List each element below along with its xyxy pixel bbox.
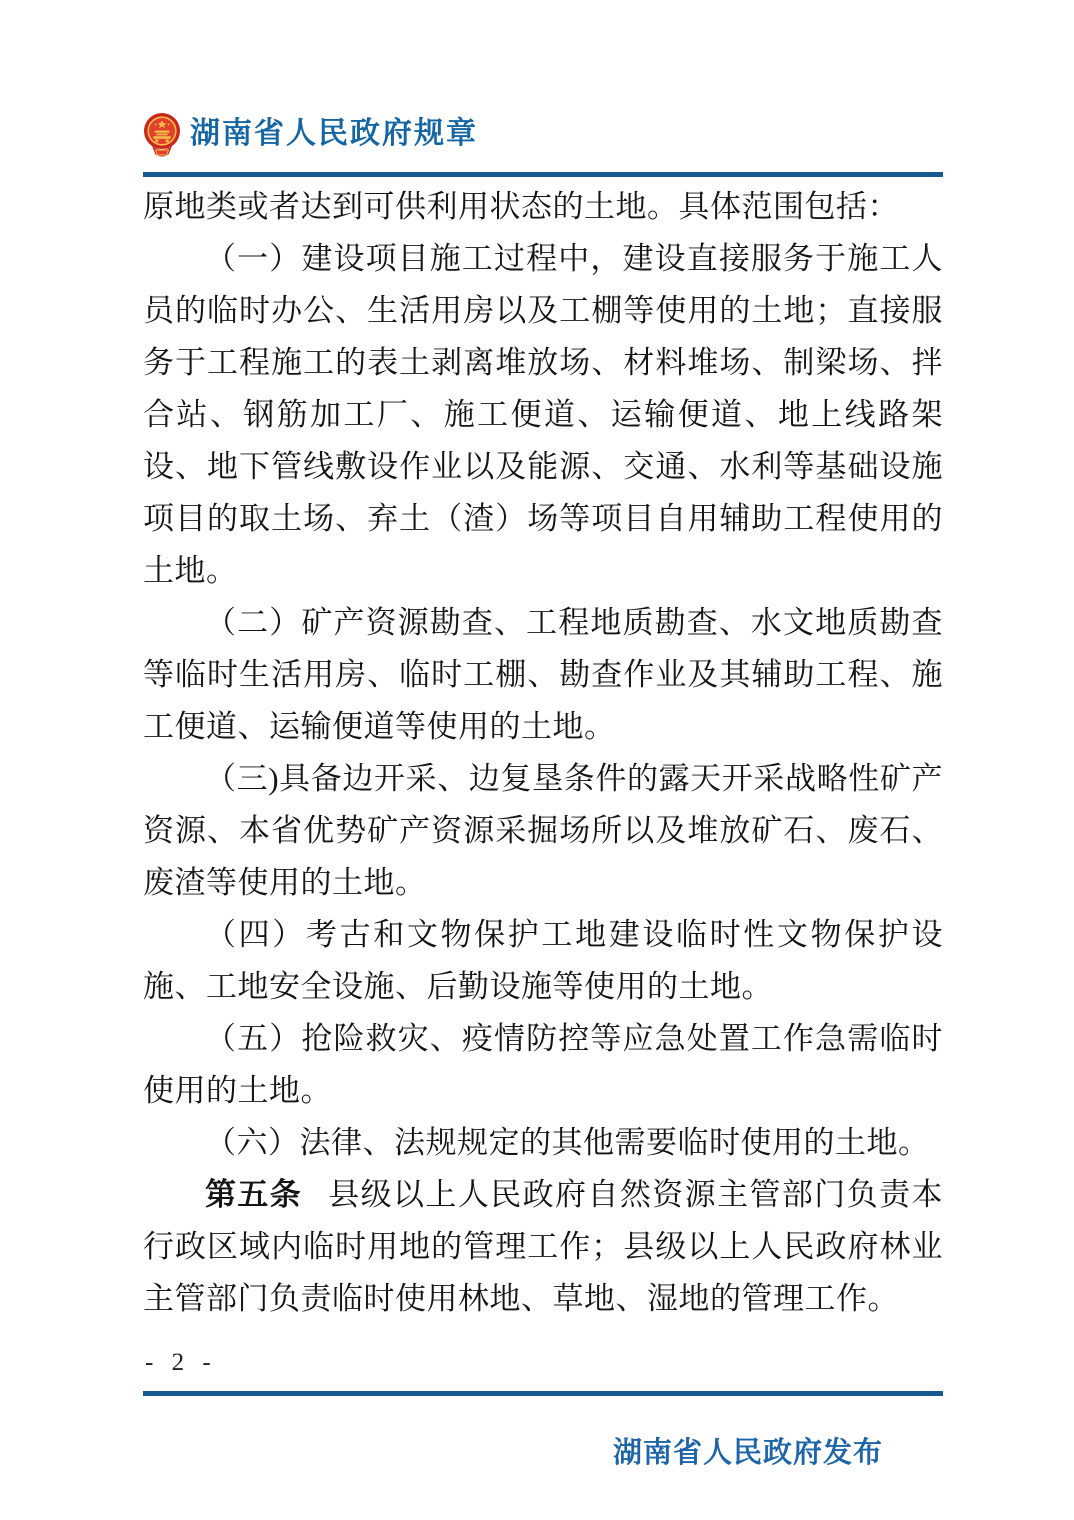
document-header: 湖南省人民政府规章 xyxy=(143,0,943,158)
article-number: 第五条 xyxy=(205,1177,302,1212)
list-item-5: （五）抢险救灾、疫情防控等应急处置工作急需临时使用的土地。 xyxy=(143,1013,943,1117)
footer-divider-line xyxy=(143,1391,943,1396)
list-item-1: （一）建设项目施工过程中，建设直接服务于施工人员的临时办公、生活用房以及工棚等使… xyxy=(143,233,943,597)
document-page: 湖南省人民政府规章 原地类或者达到可供利用状态的土地。具体范围包括： （一）建设… xyxy=(0,0,1074,1520)
list-item-3: （三)具备边开采、边复垦条件的露天开采战略性矿产资源、本省优势矿产资源采掘场所以… xyxy=(143,753,943,909)
list-item-4: （四）考古和文物保护工地建设临时性文物保护设施、工地安全设施、后勤设施等使用的土… xyxy=(143,909,943,1013)
list-item-2: （二）矿产资源勘查、工程地质勘查、水文地质勘查等临时生活用房、临时工棚、勘查作业… xyxy=(143,597,943,753)
national-emblem-icon xyxy=(143,110,181,158)
document-body: 原地类或者达到可供利用状态的土地。具体范围包括： （一）建设项目施工过程中，建设… xyxy=(143,177,943,1325)
paragraph-continuation: 原地类或者达到可供利用状态的土地。具体范围包括： xyxy=(143,181,943,233)
document-title: 湖南省人民政府规章 xyxy=(190,116,478,152)
article-5-paragraph: 第五条县级以上人民政府自然资源主管部门负责本行政区域内临时用地的管理工作；县级以… xyxy=(143,1169,943,1325)
list-item-6: （六）法律、法规规定的其他需要临时使用的土地。 xyxy=(143,1117,943,1169)
page-number: - 2 - xyxy=(145,1349,1074,1377)
publisher-label: 湖南省人民政府发布 xyxy=(143,1430,943,1471)
